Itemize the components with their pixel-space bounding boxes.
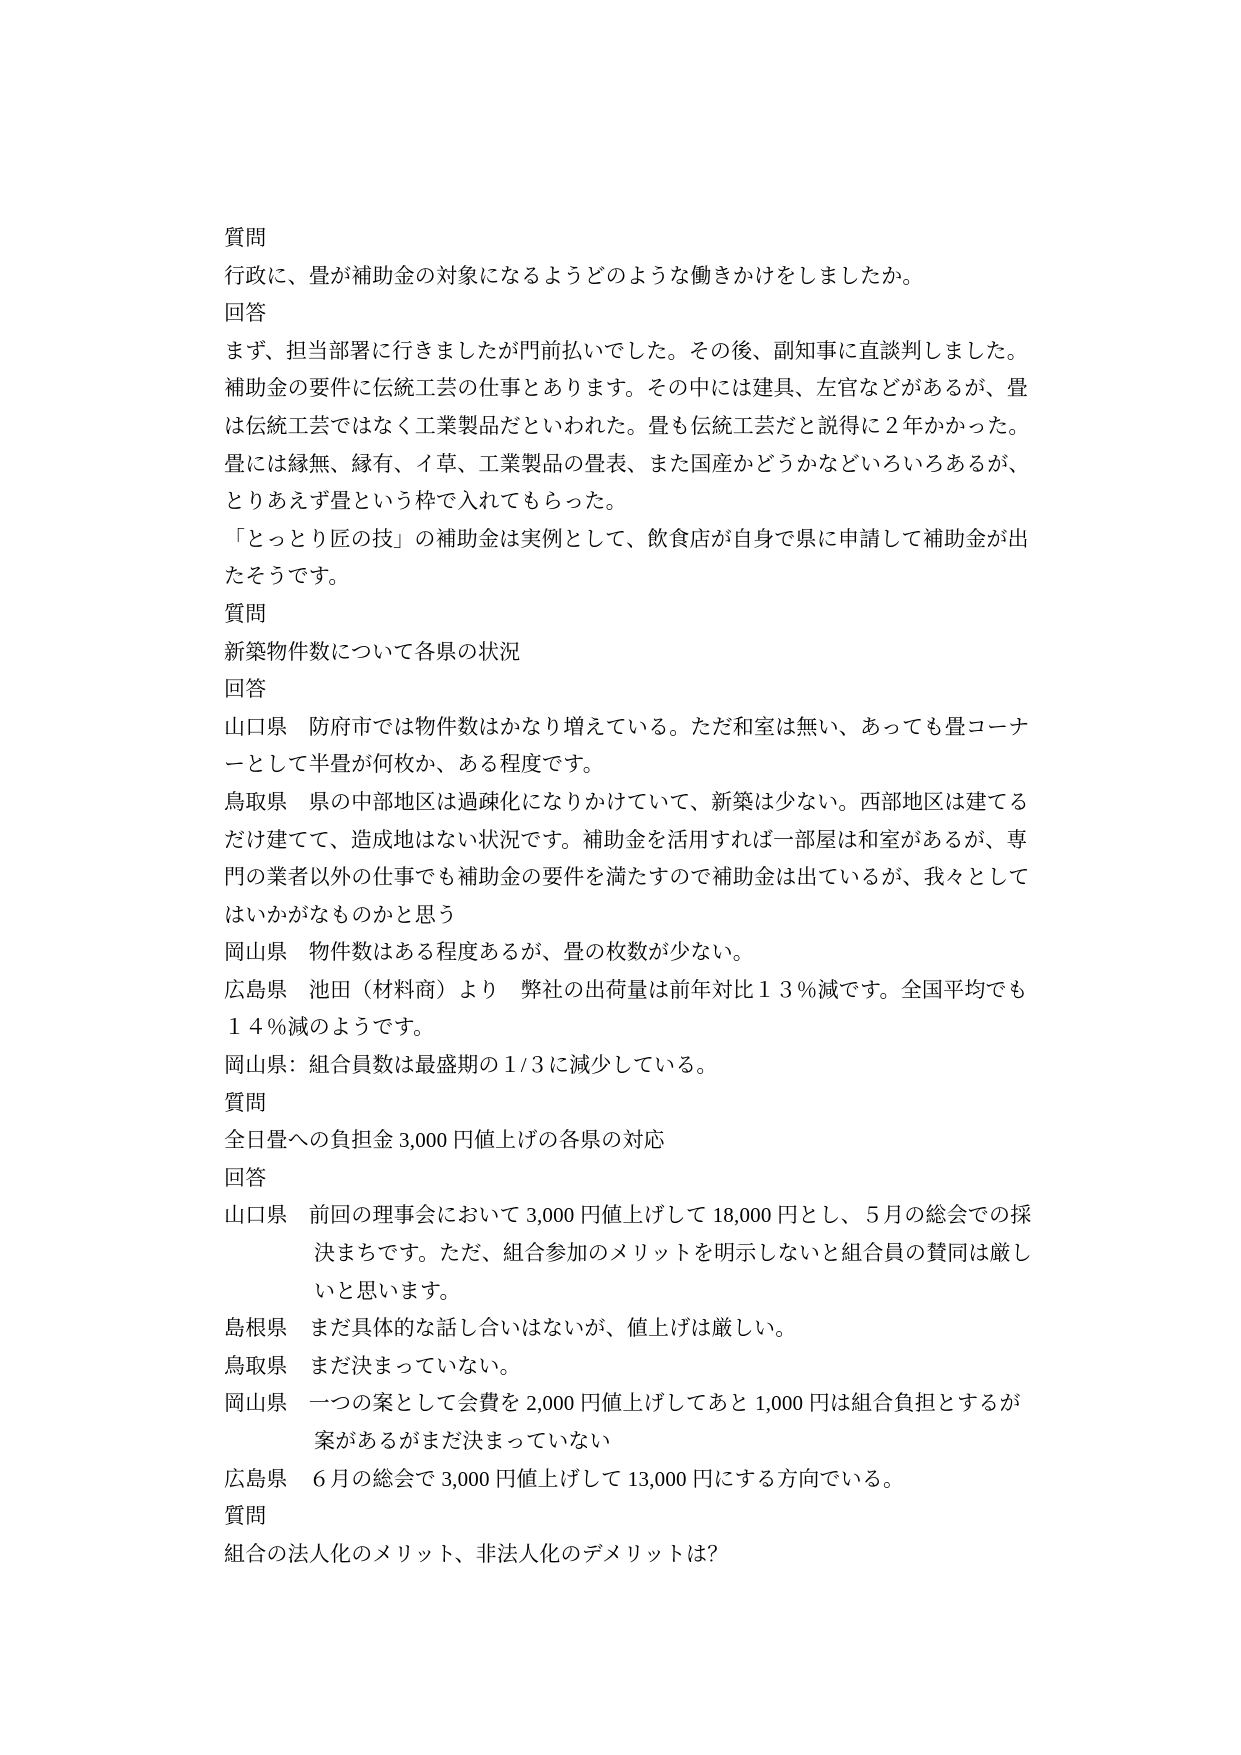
doc-line: 案があるがまだ決まっていない bbox=[224, 1423, 1074, 1461]
doc-line: 回答 bbox=[224, 295, 1074, 333]
doc-line: 島根県 まだ具体的な話し合いはないが、値上げは厳しい。 bbox=[224, 1310, 1074, 1348]
doc-line: １４％減のようです。 bbox=[224, 1009, 1074, 1047]
doc-line: 質問 bbox=[224, 1085, 1074, 1123]
doc-line: 広島県 ６月の総会で 3,000 円値上げして 13,000 円にする方向でいる… bbox=[224, 1461, 1074, 1499]
doc-line: 岡山県 一つの案として会費を 2,000 円値上げしてあと 1,000 円は組合… bbox=[224, 1385, 1074, 1423]
doc-line: 門の業者以外の仕事でも補助金の要件を満たすので補助金は出ているが、我々として bbox=[224, 859, 1074, 897]
doc-line: 「とっとり匠の技」の補助金は実例として、飲食店が自身で県に申請して補助金が出 bbox=[224, 521, 1074, 559]
doc-line: いと思います。 bbox=[224, 1273, 1074, 1311]
doc-line: は伝統工芸ではなく工業製品だといわれた。畳も伝統工芸だと説得に２年かかった。 bbox=[224, 408, 1074, 446]
doc-line: 鳥取県 県の中部地区は過疎化になりかけていて、新築は少ない。西部地区は建てる bbox=[224, 784, 1074, 822]
doc-line: まず、担当部署に行きましたが門前払いでした。その後、副知事に直談判しました。 bbox=[224, 333, 1074, 371]
document-page: 質問行政に、畳が補助金の対象になるようどのような働きかけをしましたか。回答まず、… bbox=[0, 0, 1241, 1755]
doc-line: 畳には縁無、縁有、イ草、工業製品の畳表、また国産かどうかなどいろいろあるが、 bbox=[224, 446, 1074, 484]
doc-line: 広島県 池田（材料商）より 弊社の出荷量は前年対比１３％減です。全国平均でも bbox=[224, 972, 1074, 1010]
doc-line: 全日畳への負担金 3,000 円値上げの各県の対応 bbox=[224, 1122, 1074, 1160]
doc-line: 鳥取県 まだ決まっていない。 bbox=[224, 1348, 1074, 1386]
doc-line: とりあえず畳という枠で入れてもらった。 bbox=[224, 483, 1074, 521]
doc-line: 行政に、畳が補助金の対象になるようどのような働きかけをしましたか。 bbox=[224, 258, 1074, 296]
doc-line: たそうです。 bbox=[224, 558, 1074, 596]
doc-line: 組合の法人化のメリット、非法人化のデメリットは？ bbox=[224, 1536, 1074, 1574]
doc-line: 決まちです。ただ、組合参加のメリットを明示しないと組合員の賛同は厳し bbox=[224, 1235, 1074, 1273]
doc-line: 回答 bbox=[224, 1160, 1074, 1198]
doc-line: 回答 bbox=[224, 671, 1074, 709]
doc-line: 新築物件数について各県の状況 bbox=[224, 634, 1074, 672]
doc-line: 岡山県：組合員数は最盛期の１/３に減少している。 bbox=[224, 1047, 1074, 1085]
doc-line: 質問 bbox=[224, 596, 1074, 634]
doc-line: 補助金の要件に伝統工芸の仕事とあります。その中には建具、左官などがあるが、畳 bbox=[224, 370, 1074, 408]
doc-line: 岡山県 物件数はある程度あるが、畳の枚数が少ない。 bbox=[224, 934, 1074, 972]
doc-line: 質問 bbox=[224, 220, 1074, 258]
doc-line: 質問 bbox=[224, 1498, 1074, 1536]
doc-line: 山口県 防府市では物件数はかなり増えている。ただ和室は無い、あっても畳コーナ bbox=[224, 709, 1074, 747]
document-text: 質問行政に、畳が補助金の対象になるようどのような働きかけをしましたか。回答まず、… bbox=[224, 220, 1074, 1573]
doc-line: だけ建てて、造成地はない状況です。補助金を活用すれば一部屋は和室があるが、専 bbox=[224, 822, 1074, 860]
doc-line: ーとして半畳が何枚か、ある程度です。 bbox=[224, 746, 1074, 784]
doc-line: はいかがなものかと思う bbox=[224, 897, 1074, 935]
doc-line: 山口県 前回の理事会において 3,000 円値上げして 18,000 円とし、５… bbox=[224, 1197, 1074, 1235]
